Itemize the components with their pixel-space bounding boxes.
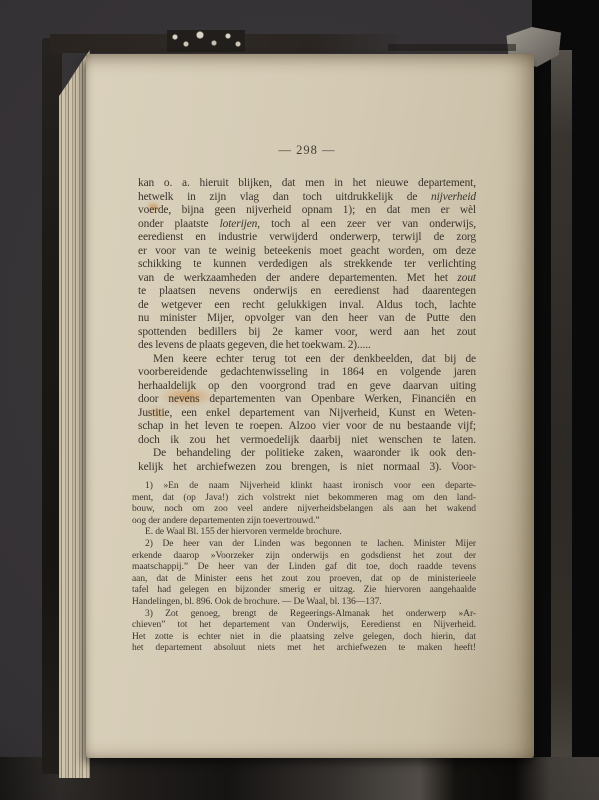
body-text-line: door nevens departementen van Openbare W… bbox=[138, 393, 476, 407]
body-text-line: herhaaldelijk op den voorgrond trad en g… bbox=[138, 380, 476, 394]
footnote-line: 3) Zot genoeg, brengt de Regeerings-Alma… bbox=[132, 609, 476, 621]
footnote-line: oog der andere departementen zijn toever… bbox=[132, 516, 476, 528]
page-number: — 298 — bbox=[138, 143, 476, 158]
body-text-line: spottenden bedillers bij 2e kamer voor, … bbox=[138, 326, 476, 340]
body-text-line: Justitie, een enkel departement van Nijv… bbox=[138, 407, 476, 421]
marbled-page-edge bbox=[167, 30, 245, 52]
footnote-line: 2) De heer van der Linden was begonnen t… bbox=[132, 539, 476, 551]
body-text-line: eeredienst en industrie verwijderd onder… bbox=[138, 231, 476, 245]
footnote-line: 1) »En de naam Nijverheid klinkt haast i… bbox=[132, 481, 476, 493]
page-block-top-shadow bbox=[388, 44, 516, 51]
footnote-line: erkende daarop »Voorzeker zijn onderwijs… bbox=[132, 551, 476, 563]
body-text-line: hetwelk in zijn vlag dan toch uitdrukkel… bbox=[138, 191, 476, 205]
body-text-line: Men keere echter terug tot een der denkb… bbox=[138, 353, 476, 367]
body-text-line: doch ik zou het vermoedelijk daarbij nie… bbox=[138, 434, 476, 448]
body-text-line: voorbereidende gedachtenwisseling in 186… bbox=[138, 366, 476, 380]
book-photo-scene: — 298 — kan o. a. hieruit blijken, dat m… bbox=[0, 0, 599, 800]
body-text-line: De behandeling der politieke zaken, waar… bbox=[138, 447, 476, 461]
footnote-line: maatschappij.” De heer van der Linden ga… bbox=[132, 562, 476, 574]
footnote-line: ment, dat (op Java!) zich volstrekt niet… bbox=[132, 493, 476, 505]
body-text-line: schikking te kunnen verdedigen als strek… bbox=[138, 258, 476, 272]
body-text-line: kelijk het archiefwezen zou brengen, is … bbox=[138, 461, 476, 475]
footnote-line: Het zotte is echter niet in die plaatsin… bbox=[132, 632, 476, 644]
body-text-line: voerde, bijna geen nijverheid opnam 1); … bbox=[138, 204, 476, 218]
footnote-line: bouw, noch om zoo veel andere nijverheid… bbox=[132, 504, 476, 516]
body-text-line: de wetgever een recht gelukkigen inval. … bbox=[138, 299, 476, 313]
body-text-line: van de werkzaamheden der andere departem… bbox=[138, 272, 476, 286]
body-text-line: onder plaatste loterijen, toch al een ze… bbox=[138, 218, 476, 232]
scanned-book-page: — 298 — kan o. a. hieruit blijken, dat m… bbox=[86, 54, 534, 758]
footnote-line: Handelingen, bl. 896. Ook de brochure. —… bbox=[132, 597, 476, 609]
footnote-line: E. de Waal Bl. 155 der hiervoren vermeld… bbox=[132, 527, 476, 539]
facing-page-block-edge bbox=[551, 50, 572, 764]
footnotes-block: 1) »En de naam Nijverheid klinkt haast i… bbox=[132, 481, 476, 655]
body-text-line: er voor van te weinig beteekenis moet ge… bbox=[138, 245, 476, 259]
body-text-line: schap in het leven te roepen. Alzoo vier… bbox=[138, 420, 476, 434]
body-text-line: nu minister Mijer, opvolger van den heer… bbox=[138, 312, 476, 326]
footnote-line: tafel had gelegen en bijzonder smerig er… bbox=[132, 585, 476, 597]
footnote-line: aan, dat de Minister eens het zout zou p… bbox=[132, 574, 476, 586]
main-text-block: kan o. a. hieruit blijken, dat men in he… bbox=[138, 177, 476, 474]
body-text-line: kan o. a. hieruit blijken, dat men in he… bbox=[138, 177, 476, 191]
footnote-line: chieven” tot het departement van Onderwi… bbox=[132, 620, 476, 632]
body-text-line: te plaatsen nevens onderwijs en eeredien… bbox=[138, 285, 476, 299]
body-text-line: des levens de plaats gegeven, die het to… bbox=[138, 339, 476, 353]
footnote-line: het departement absoluut niets met het a… bbox=[132, 643, 476, 655]
